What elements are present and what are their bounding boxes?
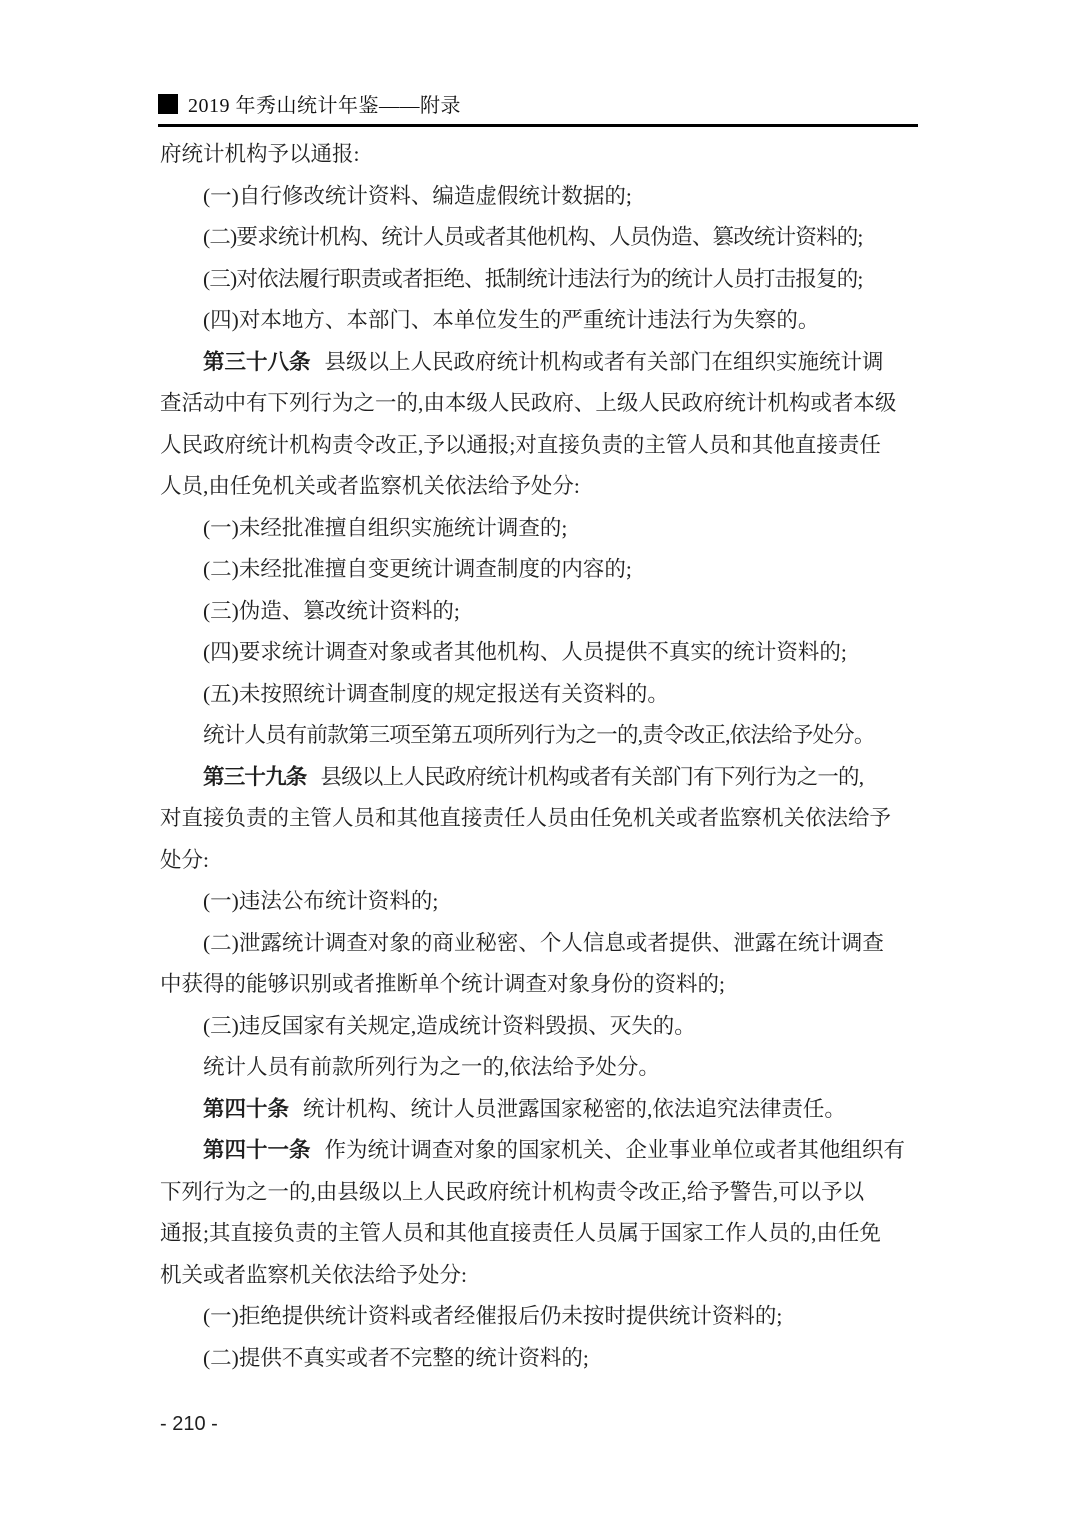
text-line: 人民政府统计机构责令改正,予以通报;对直接负责的主管人员和其他直接责任: [160, 425, 918, 467]
text-line: 通报;其直接负责的主管人员和其他直接责任人员属于国家工作人员的,由任免: [160, 1213, 918, 1255]
text-line: (三)对依法履行职责或者拒绝、抵制统计违法行为的统计人员打击报复的;: [160, 259, 918, 301]
text-line: 第三十八条县级以上人民政府统计机构或者有关部门在组织实施统计调: [160, 342, 918, 384]
line-text: 统计人员有前款第三项至第五项所列行为之一的,责令改正,依法给予处分。: [203, 723, 875, 747]
line-text: 人员,由任免机关或者监察机关依法给予处分:: [160, 474, 580, 498]
text-line: (一)自行修改统计资料、编造虚假统计数据的;: [160, 176, 918, 218]
text-line: 人员,由任免机关或者监察机关依法给予处分:: [160, 466, 918, 508]
line-text: 统计机构、统计人员泄露国家秘密的,依法追究法律责任。: [303, 1097, 846, 1121]
line-text: 县级以上人民政府统计机构或者有关部门在组织实施统计调: [325, 350, 884, 374]
line-text: 统计人员有前款所列行为之一的,依法给予处分。: [203, 1055, 660, 1079]
document-page: 2019 年秀山统计年鉴——附录 府统计机构予以通报:(一)自行修改统计资料、编…: [0, 0, 1074, 1520]
line-text: (三)对依法履行职责或者拒绝、抵制统计违法行为的统计人员打击报复的;: [203, 267, 863, 291]
line-text: 对直接负责的主管人员和其他直接责任人员由任免机关或者监察机关依法给予: [160, 806, 891, 830]
text-line: 第四十条统计机构、统计人员泄露国家秘密的,依法追究法律责任。: [160, 1089, 918, 1131]
text-line: (三)伪造、篡改统计资料的;: [160, 591, 918, 633]
line-text: 查活动中有下列行为之一的,由本级人民政府、上级人民政府统计机构或者本级: [160, 391, 896, 415]
article-number: 第四十一条: [203, 1138, 311, 1162]
text-line: 对直接负责的主管人员和其他直接责任人员由任免机关或者监察机关依法给予: [160, 798, 918, 840]
line-text: (四)要求统计调查对象或者其他机构、人员提供不真实的统计资料的;: [203, 640, 847, 664]
page-number: - 210 -: [160, 1410, 218, 1438]
line-text: 机关或者监察机关依法给予处分:: [160, 1263, 467, 1287]
line-text: 府统计机构予以通报:: [160, 142, 359, 166]
text-line: 统计人员有前款第三项至第五项所列行为之一的,责令改正,依法给予处分。: [160, 715, 918, 757]
line-text: (二)泄露统计调查对象的商业秘密、个人信息或者提供、泄露在统计调查: [203, 931, 884, 955]
text-line: (五)未按照统计调查制度的规定报送有关资料的。: [160, 674, 918, 716]
line-text: (三)违反国家有关规定,造成统计资料毁损、灭失的。: [203, 1014, 696, 1038]
section-marker-icon: [158, 94, 178, 114]
text-line: 下列行为之一的,由县级以上人民政府统计机构责令改正,给予警告,可以予以: [160, 1172, 918, 1214]
article-number: 第三十八条: [203, 350, 311, 374]
line-text: 通报;其直接负责的主管人员和其他直接责任人员属于国家工作人员的,由任免: [160, 1221, 881, 1245]
text-line: (四)要求统计调查对象或者其他机构、人员提供不真实的统计资料的;: [160, 632, 918, 674]
text-line: 统计人员有前款所列行为之一的,依法给予处分。: [160, 1047, 918, 1089]
line-text: 中获得的能够识别或者推断单个统计调查对象身份的资料的;: [160, 972, 725, 996]
text-line: 府统计机构予以通报:: [160, 134, 918, 176]
line-text: (三)伪造、篡改统计资料的;: [203, 599, 460, 623]
line-text: (一)未经批准擅自组织实施统计调查的;: [203, 516, 567, 540]
text-line: (二)泄露统计调查对象的商业秘密、个人信息或者提供、泄露在统计调查: [160, 923, 918, 965]
line-text: (一)自行修改统计资料、编造虚假统计数据的;: [203, 184, 632, 208]
line-text: (四)对本地方、本部门、本单位发生的严重统计违法行为失察的。: [203, 308, 819, 332]
text-line: 查活动中有下列行为之一的,由本级人民政府、上级人民政府统计机构或者本级: [160, 383, 918, 425]
line-text: 下列行为之一的,由县级以上人民政府统计机构责令改正,给予警告,可以予以: [160, 1180, 864, 1204]
text-line: 处分:: [160, 840, 918, 882]
line-text: 人民政府统计机构责令改正,予以通报;对直接负责的主管人员和其他直接责任: [160, 433, 881, 457]
text-line: (二)未经批准擅自变更统计调查制度的内容的;: [160, 549, 918, 591]
text-line: (一)拒绝提供统计资料或者经催报后仍未按时提供统计资料的;: [160, 1296, 918, 1338]
text-line: (一)违法公布统计资料的;: [160, 881, 918, 923]
line-text: 处分:: [160, 848, 209, 872]
line-text: (二)未经批准擅自变更统计调查制度的内容的;: [203, 557, 632, 581]
line-text: 县级以上人民政府统计机构或者有关部门有下列行为之一的,: [321, 765, 864, 789]
header-title: 2019 年秀山统计年鉴——附录: [188, 89, 461, 118]
document-body: 府统计机构予以通报:(一)自行修改统计资料、编造虚假统计数据的;(二)要求统计机…: [160, 134, 918, 1379]
article-number: 第四十条: [203, 1097, 289, 1121]
text-line: (二)要求统计机构、统计人员或者其他机构、人员伪造、篡改统计资料的;: [160, 217, 918, 259]
text-line: (一)未经批准擅自组织实施统计调查的;: [160, 508, 918, 550]
text-line: 机关或者监察机关依法给予处分:: [160, 1255, 918, 1297]
text-line: (四)对本地方、本部门、本单位发生的严重统计违法行为失察的。: [160, 300, 918, 342]
text-line: (三)违反国家有关规定,造成统计资料毁损、灭失的。: [160, 1006, 918, 1048]
article-number: 第三十九条: [203, 765, 307, 789]
line-text: 作为统计调查对象的国家机关、企业事业单位或者其他组织有: [325, 1138, 906, 1162]
text-line: 第四十一条作为统计调查对象的国家机关、企业事业单位或者其他组织有: [160, 1130, 918, 1172]
line-text: (二)要求统计机构、统计人员或者其他机构、人员伪造、篡改统计资料的;: [203, 225, 863, 249]
line-text: (一)拒绝提供统计资料或者经催报后仍未按时提供统计资料的;: [203, 1304, 782, 1328]
line-text: (一)违法公布统计资料的;: [203, 889, 438, 913]
text-line: 中获得的能够识别或者推断单个统计调查对象身份的资料的;: [160, 964, 918, 1006]
text-line: (二)提供不真实或者不完整的统计资料的;: [160, 1338, 918, 1380]
line-text: (二)提供不真实或者不完整的统计资料的;: [203, 1346, 589, 1370]
line-text: (五)未按照统计调查制度的规定报送有关资料的。: [203, 682, 669, 706]
text-line: 第三十九条县级以上人民政府统计机构或者有关部门有下列行为之一的,: [160, 757, 918, 799]
page-header: 2019 年秀山统计年鉴——附录: [158, 89, 918, 127]
